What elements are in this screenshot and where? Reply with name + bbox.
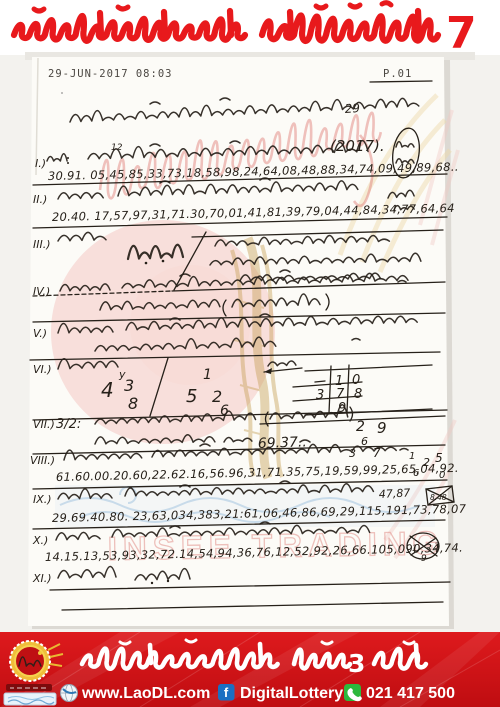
margin-digit: 6 <box>361 435 368 448</box>
branch-number: 3 <box>348 649 365 678</box>
header: 7 <box>0 0 500 59</box>
fax-page-number: P.01 <box>383 68 412 80</box>
numeral-11: XI.) <box>32 572 52 585</box>
globe-icon <box>61 685 78 702</box>
phone-icon <box>344 684 362 701</box>
note-numbers-9: 47,87 <box>378 486 410 501</box>
margin-digit: 2 <box>356 419 365 435</box>
circle-digit: 9 <box>421 554 427 564</box>
fax-datetime: 29-JUN-2017 08:03 <box>48 68 172 80</box>
numeral-9: IX.) <box>33 493 52 506</box>
phone-number: 021 417 500 <box>366 685 455 702</box>
digit: 5 <box>186 386 197 407</box>
numeral-7: VII.) <box>33 418 55 431</box>
facebook-label: DigitalLottery <box>240 685 343 702</box>
digit: 8 <box>128 394 138 413</box>
label-7: 3/2: <box>56 417 81 432</box>
grid-cell: 3 <box>316 388 324 403</box>
issue-number: 7 <box>446 8 477 59</box>
numeral-3: III.) <box>33 238 51 251</box>
numeral-1: I.) <box>35 157 46 170</box>
numeral-6: VI.) <box>33 363 52 376</box>
lottery-flyer: 7 <box>0 0 500 707</box>
numeral-2: II.) <box>33 193 47 206</box>
margin-digit: 1 <box>409 451 415 462</box>
grid-cell: 7 <box>336 387 345 402</box>
speck <box>61 92 63 94</box>
greeting-day: 29 <box>344 101 360 116</box>
margin-digit: 9 <box>377 419 387 437</box>
grid-cell: 8 <box>354 387 362 402</box>
flyer-canvas: 7 <box>0 0 500 707</box>
digit: 1 <box>203 367 212 383</box>
facebook-f: f <box>224 685 229 700</box>
footer-banner: 3 www.LaoDL.com f DigitalLottery 021 417… <box>0 632 500 707</box>
digit: 4 <box>101 378 114 402</box>
numeral-4: IV.) <box>33 285 50 298</box>
facebook-icon: f <box>218 684 235 701</box>
numeral-5: V.) <box>33 327 47 340</box>
grid-cell: 0 <box>352 373 360 388</box>
digit: 3 <box>124 376 134 395</box>
scanned-fax: INSEE TRADING 29-JUN-2017 08:03 P.01 29 … <box>0 52 500 632</box>
numeral-10: X.) <box>32 534 48 547</box>
box-digits: 8.48 <box>430 493 447 502</box>
website-link: www.LaoDL.com <box>81 685 210 702</box>
numeral-8: VIII.) <box>30 454 55 467</box>
